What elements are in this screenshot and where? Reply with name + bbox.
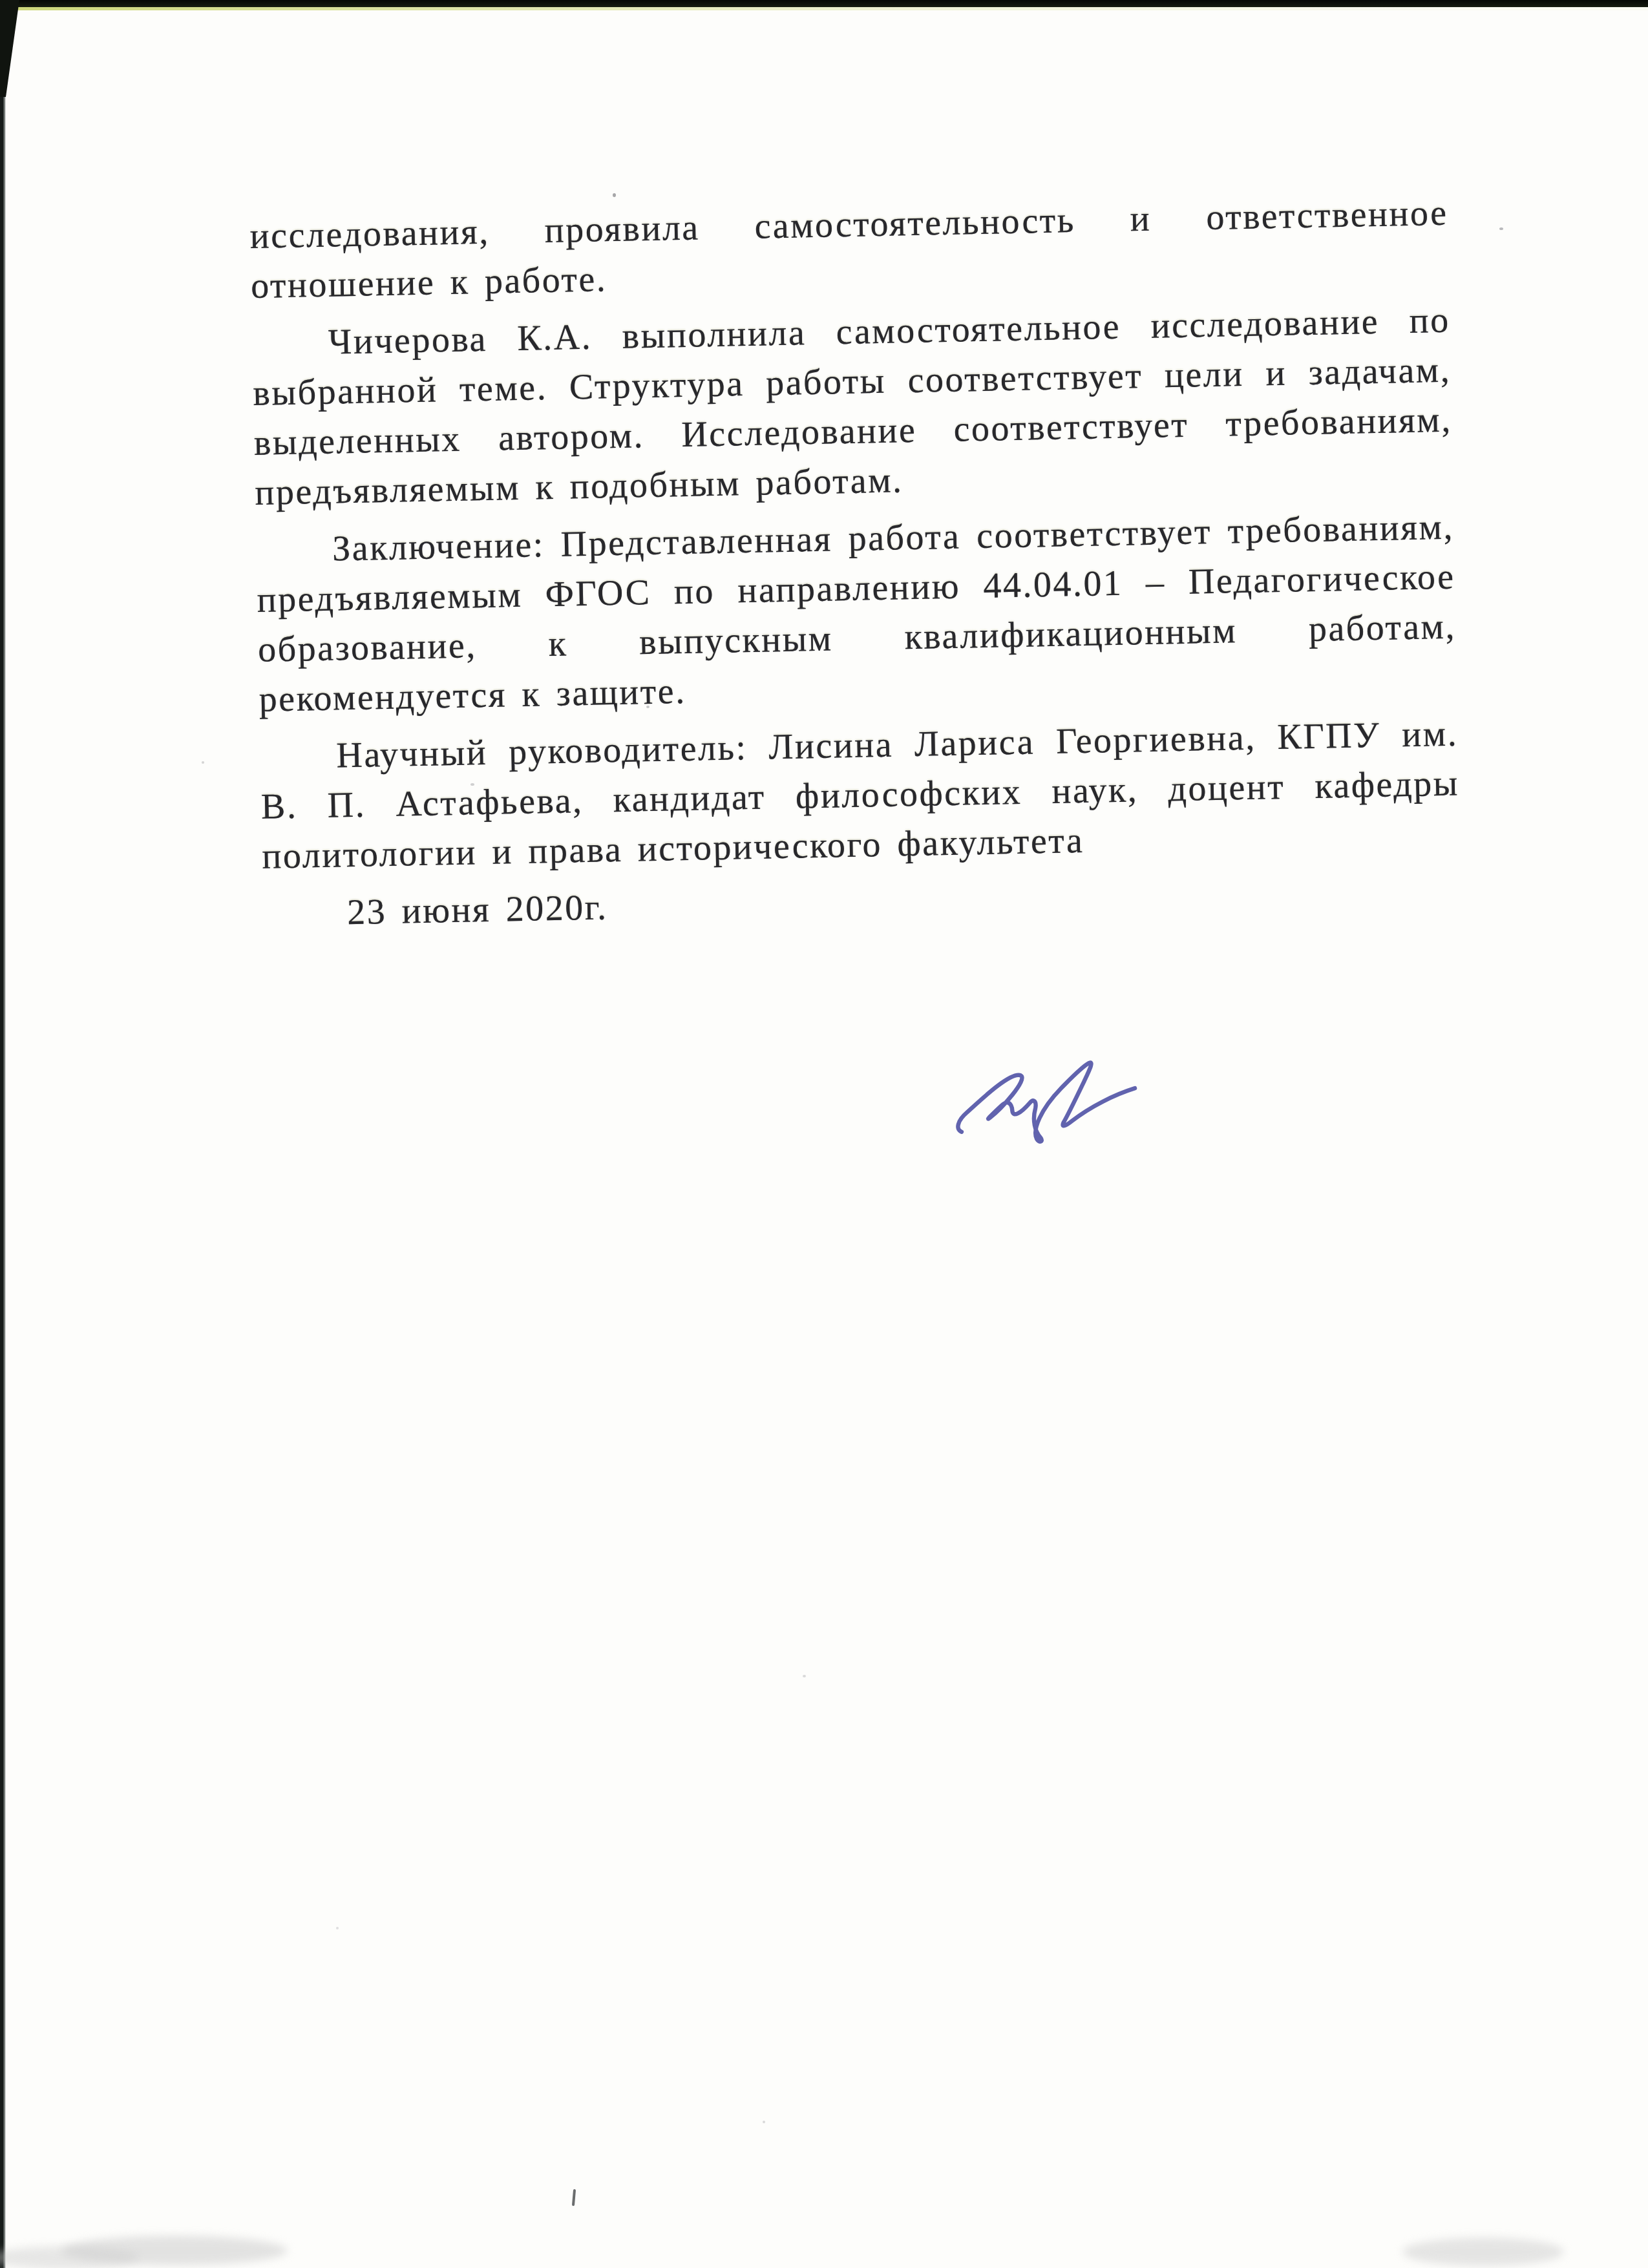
- scan-speck: [646, 706, 650, 708]
- scan-top-edge-tint: [0, 7, 1648, 10]
- signature-stroke: [958, 1063, 1135, 1142]
- scan-corner-wedge: [0, 0, 19, 97]
- paragraph-conclusion: Заключение: Представленная работа соотве…: [255, 503, 1457, 725]
- scan-speck: [803, 1675, 806, 1677]
- scan-speck: [763, 2121, 765, 2123]
- scan-speck: [470, 783, 474, 786]
- scan-left-edge: [0, 0, 6, 2268]
- scan-top-edge: [0, 0, 1648, 7]
- paragraph-supervisor: Научный руководитель: Лисина Лариса Геор…: [260, 709, 1461, 882]
- paragraph-continuation: исследования, проявила самостоятельность…: [249, 189, 1450, 311]
- paragraph-student-work: Чичерова К.А. выполнила самостоятельное …: [251, 296, 1453, 518]
- signature-handwritten-ink: [954, 1056, 1140, 1154]
- scan-speck: [202, 761, 204, 764]
- document-body: исследования, проявила самостоятельность…: [249, 189, 1462, 940]
- scan-speck: [1499, 227, 1503, 230]
- scan-smudge-bottom-left-2: [0, 2246, 139, 2268]
- scan-speck: [336, 1927, 339, 1929]
- scan-ink-fleck: [572, 2189, 576, 2206]
- scan-smudge-bottom-right: [1402, 2238, 1564, 2266]
- scan-speck: [613, 193, 616, 197]
- scanned-document-page: исследования, проявила самостоятельность…: [0, 0, 1648, 2268]
